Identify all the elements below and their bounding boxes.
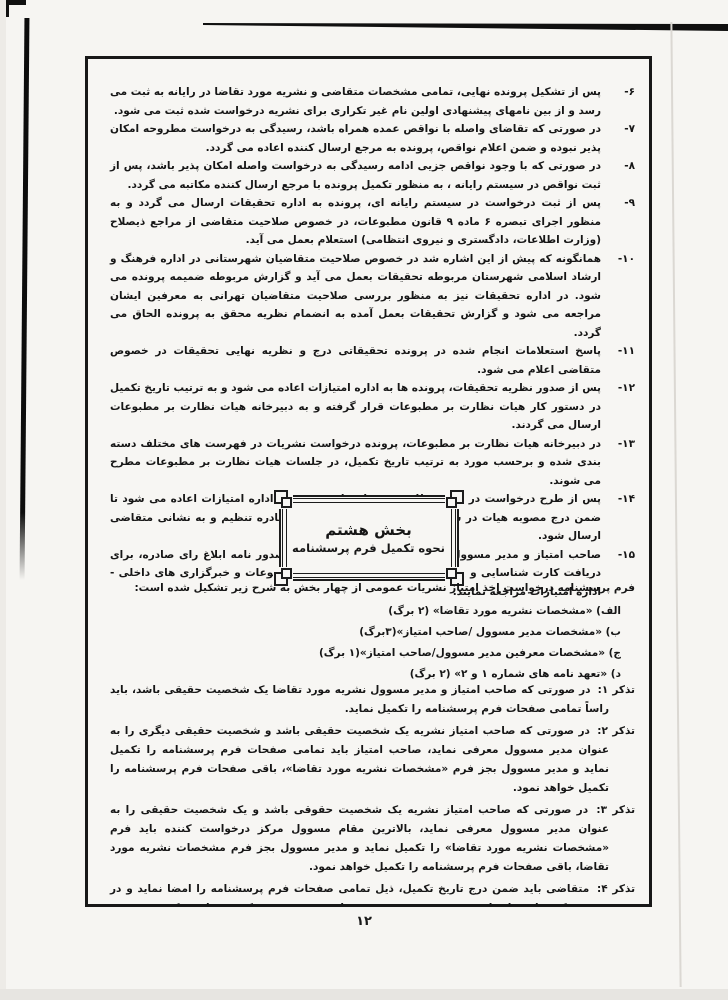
item-number: ۱۲- — [605, 379, 635, 398]
note-text: در صورتی که صاحب امتیاز نشریه یک شخصیت ح… — [110, 725, 609, 794]
list-item-8: ۸- در صورتی که با وجود نواقص جزیی ادامه … — [110, 157, 635, 194]
note-label: تذکر ۱: — [595, 684, 635, 696]
item-text: پس از ثبت درخواست در سیستم رایانه ای، پر… — [110, 197, 601, 246]
notes-section: تذکر ۱: در صورتی که صاحب امتیاز و مدیر م… — [110, 681, 635, 907]
item-number: ۶- — [605, 83, 635, 102]
item-number: ۷- — [605, 120, 635, 139]
item-text: در صورتی که تقاضای واصله با نواقص عمده ه… — [110, 123, 601, 154]
item-text: پس از صدور نظریه تحقیقات، پرونده ها به ا… — [110, 382, 601, 431]
note-3: تذکر ۳: در صورتی که صاحب امتیاز نشریه یک… — [110, 801, 635, 877]
item-text: پاسخ استعلامات انجام شده در پرونده تحقیق… — [110, 345, 601, 376]
note-text: در صورتی که صاحب امتیاز نشریه یک شخصیت ح… — [110, 804, 609, 873]
scan-top-streak — [0, 0, 728, 40]
frame-corner-ornament — [445, 489, 465, 509]
item-number: ۹- — [605, 194, 635, 213]
note-label: تذکر ۲: — [594, 725, 635, 737]
list-item-11: ۱۱- پاسخ استعلامات انجام شده در پرونده ت… — [110, 342, 635, 379]
section-subtitle: نحوه تکمیل فرم پرسشنامه — [292, 540, 445, 556]
list-item-12: ۱۲- پس از صدور نظریه تحقیقات، پرونده ها … — [110, 379, 635, 435]
frame-corner-ornament — [273, 489, 293, 509]
item-number: ۸- — [605, 157, 635, 176]
page-number: ۱۲ — [0, 914, 728, 929]
note-4: تذکر ۴: متقاضی باید ضمن درج تاریخ تکمیل،… — [110, 880, 635, 907]
note-2: تذکر ۲: در صورتی که صاحب امتیاز نشریه یک… — [110, 722, 635, 798]
form-part-c: ج) «مشخصات معرفین مدیر مسوول/صاحب امتیاز… — [110, 645, 635, 662]
form-part-b: ب) «مشخصات مدیر مسوول /صاحب امتیاز»(۳برگ… — [110, 624, 635, 641]
item-text: در دبیرخانه هیات نظارت بر مطبوعات، پروند… — [110, 438, 601, 487]
note-label: تذکر ۴: — [594, 883, 635, 895]
item-text: در صورتی که با وجود نواقص جزیی ادامه رسی… — [110, 160, 601, 191]
item-text: همانگونه که پیش از این اشاره شد در خصوص … — [110, 253, 601, 339]
section-title-frame-wrap: بخش هشتم نحوه تکمیل فرم پرسشنامه — [88, 495, 649, 581]
note-text: در صورتی که صاحب امتیاز و مدیر مسوول نشر… — [110, 684, 609, 715]
item-number: ۱۱- — [605, 342, 635, 361]
item-text: پس از تشکیل پرونده نهایی، تمامی مشخصات م… — [110, 86, 601, 117]
list-item-10: ۱۰- همانگونه که پیش از این اشاره شد در خ… — [110, 250, 635, 343]
content-box: ۶- پس از تشکیل پرونده نهایی، تمامی مشخصا… — [85, 56, 652, 907]
note-1: تذکر ۱: در صورتی که صاحب امتیاز و مدیر م… — [110, 681, 635, 719]
scan-left-edge — [0, 0, 6, 1000]
list-item-9: ۹- پس از ثبت درخواست در سیستم رایانه ای،… — [110, 194, 635, 250]
list-item-6: ۶- پس از تشکیل پرونده نهایی، تمامی مشخصا… — [110, 83, 635, 120]
scan-bottom-edge — [0, 989, 728, 1000]
scan-right-line — [670, 22, 681, 987]
form-parts: فرم پرسشنامه درخواست اخذ امتیاز نشریات ع… — [110, 580, 635, 687]
scanned-document-page: ۶- پس از تشکیل پرونده نهایی، تمامی مشخصا… — [0, 0, 728, 1000]
list-item-7: ۷- در صورتی که تقاضای واصله با نواقص عمد… — [110, 120, 635, 157]
section-title-frame: بخش هشتم نحوه تکمیل فرم پرسشنامه — [279, 495, 459, 581]
form-part-a: الف) «مشخصات نشریه مورد تقاضا» (۲ برگ) — [110, 603, 635, 620]
item-number: ۱۳- — [605, 435, 635, 454]
note-text: متقاضی باید ضمن درج تاریخ تکمیل، ذیل تما… — [110, 883, 609, 907]
note-label: تذکر ۳: — [593, 804, 635, 816]
item-number: ۱۰- — [605, 250, 635, 269]
scan-fold-line — [20, 18, 30, 580]
form-intro: فرم پرسشنامه درخواست اخذ امتیاز نشریات ع… — [110, 580, 635, 597]
list-item-13: ۱۳- در دبیرخانه هیات نظارت بر مطبوعات، پ… — [110, 435, 635, 491]
section-title: بخش هشتم — [325, 521, 411, 540]
